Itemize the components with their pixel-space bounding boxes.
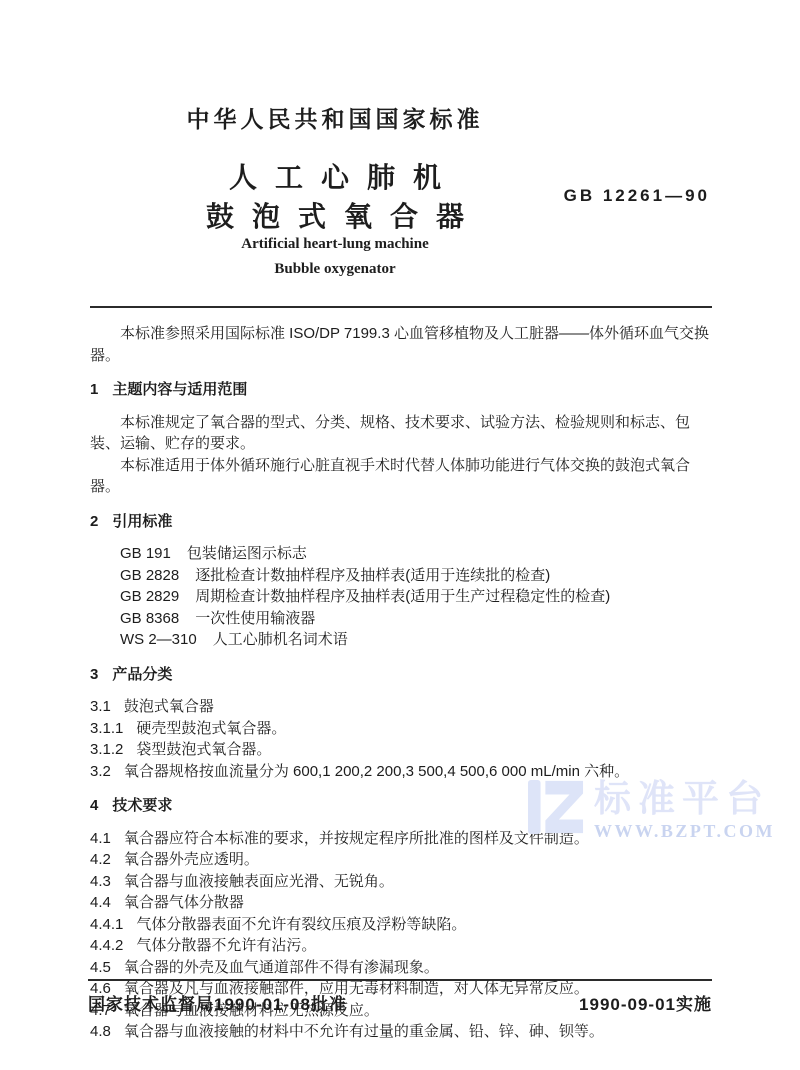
clause: 4.4.2气体分散器不允许有沾污。 (90, 935, 712, 957)
clause-number: 3.1 (90, 696, 111, 718)
clause-number: 4.2 (90, 849, 111, 871)
clause-number: 4.1 (90, 828, 111, 850)
header-divider-rule (90, 306, 712, 308)
clause: 4.8氧合器与血液接触的材料中不允许有过量的重金属、铅、锌、砷、钡等。 (90, 1021, 712, 1043)
clause-number: 4.4.2 (90, 935, 123, 957)
clause-number: 4.3 (90, 871, 111, 893)
paragraph: 本标准规定了氧合器的型式、分类、规格、技术要求、试验方法、检验规则和标志、包装、… (90, 412, 712, 455)
clause-number: 3.1.1 (90, 718, 123, 740)
sections-container: 1主题内容与适用范围本标准规定了氧合器的型式、分类、规格、技术要求、试验方法、检… (90, 379, 712, 1043)
section-heading: 3产品分类 (90, 664, 712, 686)
reference-code: GB 2829 (120, 586, 179, 608)
clause-number: 3.2 (90, 761, 111, 783)
clause-number: 4.5 (90, 957, 111, 979)
clause: 3.1.2袋型鼓泡式氧合器。 (90, 739, 712, 761)
reference-item: WS 2—310人工心肺机名词术语 (90, 629, 712, 651)
clause-number: 4.4.1 (90, 914, 123, 936)
reference-item: GB 2828逐批检查计数抽样程序及抽样表(适用于连续批的检查) (90, 565, 712, 587)
reference-code: GB 2828 (120, 565, 179, 587)
paragraph: 本标准适用于体外循环施行心脏直视手术时代替人体肺功能进行气体交换的鼓泡式氧合器。 (90, 455, 712, 498)
section-number: 1 (90, 379, 98, 401)
document-title-line1: 人工心肺机 (85, 156, 585, 196)
clause-number: 4.8 (90, 1021, 111, 1043)
section-number: 4 (90, 795, 98, 817)
approval-authority-date: 国家技术监督局1990-01-08批准 (88, 990, 347, 1015)
english-title-line2: Bubble oxygenator (85, 261, 585, 278)
standard-number: GB 12261—90 (564, 186, 710, 206)
section-heading: 2引用标准 (90, 511, 712, 533)
clause: 4.1氧合器应符合本标准的要求，并按规定程序所批准的图样及文件制造。 (90, 828, 712, 850)
national-standard-header: 中华人民共和国国家标准 (85, 101, 585, 134)
reference-code: WS 2—310 (120, 629, 197, 651)
section-heading: 1主题内容与适用范围 (90, 379, 712, 401)
reference-code: GB 191 (120, 543, 171, 565)
footer: 国家技术监督局1990-01-08批准 1990-09-01实施 (88, 979, 712, 1015)
reference-code: GB 8368 (120, 608, 179, 630)
clause: 3.1鼓泡式氧合器 (90, 696, 712, 718)
document-title-line2: 鼓泡式氧合器 (85, 195, 585, 235)
implementation-date: 1990-09-01实施 (579, 990, 712, 1015)
english-title-line1: Artificial heart-lung machine (85, 236, 585, 253)
reference-item: GB 2829周期检查计数抽样程序及抽样表(适用于生产过程稳定性的检查) (90, 586, 712, 608)
clause: 4.4氧合器气体分散器 (90, 892, 712, 914)
clause: 4.2氧合器外壳应透明。 (90, 849, 712, 871)
clause: 4.4.1气体分散器表面不允许有裂纹压痕及浮粉等缺陷。 (90, 914, 712, 936)
intro-paragraph: 本标准参照采用国际标准 ISO/DP 7199.3 心血管移植物及人工脏器——体… (90, 323, 712, 366)
clause: 3.1.1硬壳型鼓泡式氧合器。 (90, 718, 712, 740)
section-heading: 4技术要求 (90, 795, 712, 817)
clause-number: 4.4 (90, 892, 111, 914)
section-number: 2 (90, 511, 98, 533)
standard-document-page: 中华人民共和国国家标准 人工心肺机 鼓泡式氧合器 GB 12261—90 Art… (0, 0, 800, 1070)
clause-number: 3.1.2 (90, 739, 123, 761)
clause: 4.5氧合器的外壳及血气通道部件不得有渗漏现象。 (90, 957, 712, 979)
document-body: 本标准参照采用国际标准 ISO/DP 7199.3 心血管移植物及人工脏器——体… (90, 315, 712, 1043)
clause: 3.2氧合器规格按血流量分为 600,1 200,2 200,3 500,4 5… (90, 761, 712, 783)
clause: 4.3氧合器与血液接触表面应光滑、无锐角。 (90, 871, 712, 893)
section-number: 3 (90, 664, 98, 686)
reference-item: GB 8368一次性使用输液器 (90, 608, 712, 630)
reference-item: GB 191包装储运图示标志 (90, 543, 712, 565)
